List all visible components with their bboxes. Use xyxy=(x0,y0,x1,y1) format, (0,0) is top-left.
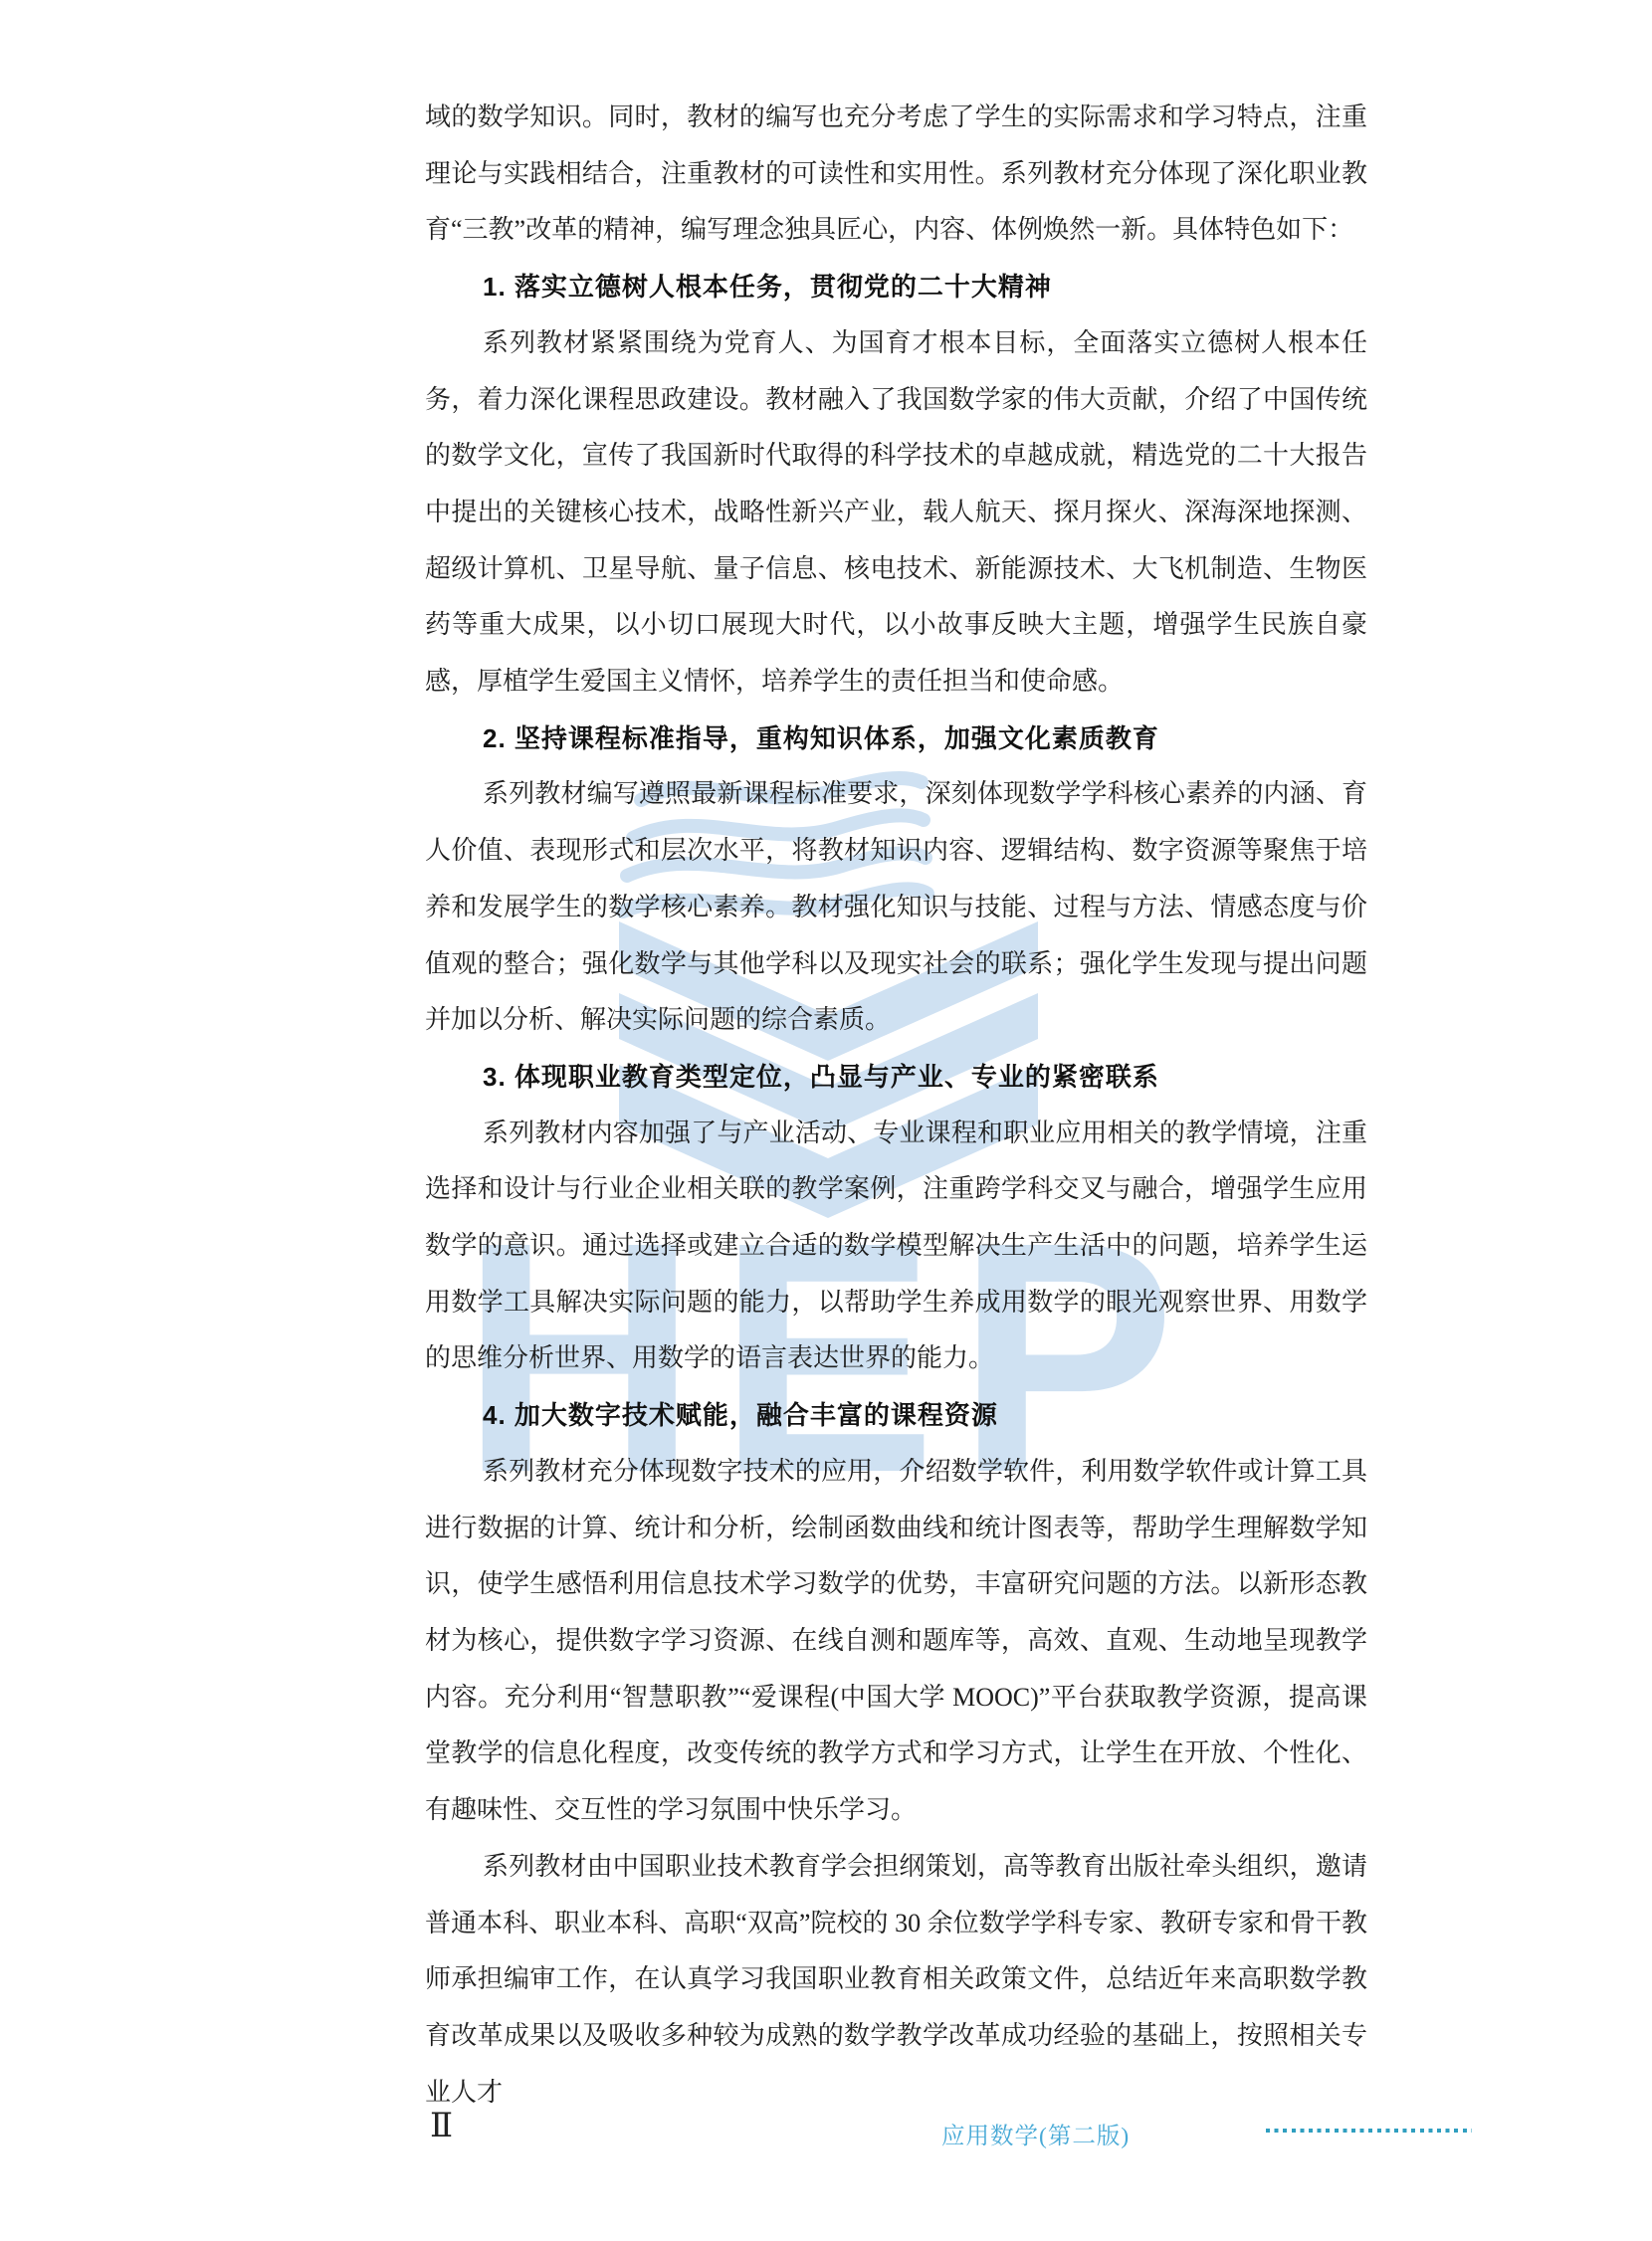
footer-book-title: 应用数学(第二版) xyxy=(941,2117,1130,2150)
paragraph-section-1: 系列教材紧紧围绕为党育人、为国育才根本目标，全面落实立德树人根本任务，着力深化课… xyxy=(425,315,1367,711)
section-heading-1: 1. 落实立德树人根本任务，贯彻党的二十大精神 xyxy=(425,259,1367,315)
page-number: Ⅱ xyxy=(430,2106,453,2145)
content-column: 域的数学知识。同时，教材的编写也充分考虑了学生的实际需求和学习特点，注重理论与实… xyxy=(425,90,1367,2121)
section-heading-3: 3. 体现职业教育类型定位，凸显与产业、专业的紧密联系 xyxy=(425,1049,1367,1106)
paragraph-section-4: 系列教材充分体现数字技术的应用，介绍数学软件，利用数学软件或计算工具进行数据的计… xyxy=(425,1444,1367,1839)
section-heading-2: 2. 坚持课程标准指导，重构知识体系，加强文化素质教育 xyxy=(425,711,1367,767)
paragraph-section-2: 系列教材编写遵照最新课程标准要求，深刻体现数学学科核心素养的内涵、育人价值、表现… xyxy=(425,766,1367,1049)
paragraph-intro-continuation: 域的数学知识。同时，教材的编写也充分考虑了学生的实际需求和学习特点，注重理论与实… xyxy=(425,90,1367,259)
section-heading-4: 4. 加大数字技术赋能，融合丰富的课程资源 xyxy=(425,1387,1367,1444)
paragraph-closing: 系列教材由中国职业技术教育学会担纲策划，高等教育出版社牵头组织，邀请普通本科、职… xyxy=(425,1839,1367,2122)
paragraph-section-3: 系列教材内容加强了与产业活动、专业课程和职业应用相关的教学情境，注重选择和设计与… xyxy=(425,1106,1367,1388)
book-page: HEP 域的数学知识。同时，教材的编写也充分考虑了学生的实际需求和学习特点，注重… xyxy=(0,0,1652,2241)
footer-dotted-separator xyxy=(1266,2129,1472,2133)
